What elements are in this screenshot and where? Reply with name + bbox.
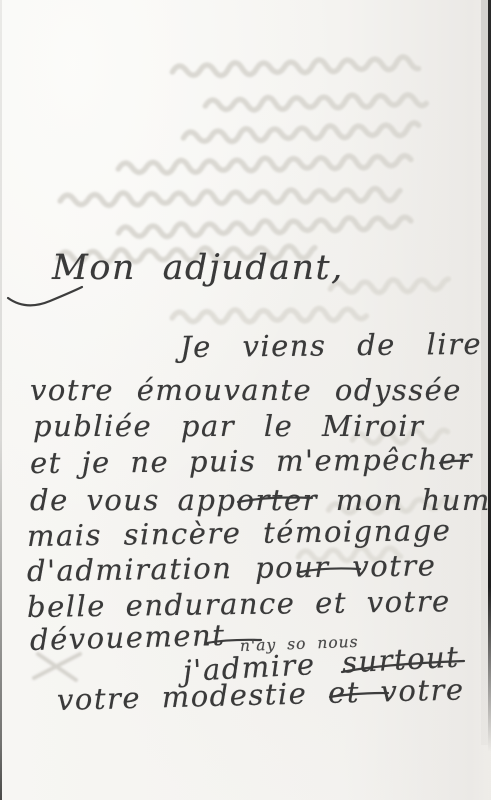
letter-page: Mon adjudant, Je viens de lire votre émo… [0,0,491,800]
letter-line: Je viens de lire [180,327,482,364]
letter-line: mais sincère témoignage [27,513,452,553]
letter-line: publiée par le Miroir [33,409,424,443]
letter-line: de vous apporter mon humble [30,483,491,517]
scan-edge-shadow [481,0,488,745]
letter-line: et je ne puis m'empêcher [30,442,473,480]
letter-line: belle endurance et votre [27,584,451,624]
scan-edge-left [0,0,2,800]
letter-line: votre émouvante odyssée [30,373,462,407]
letter-line: d'admiration pour votre [27,548,437,588]
salutation-swash [8,287,82,305]
letter-line: dévouement [30,618,226,657]
salutation-line: Mon adjudant, [52,248,344,288]
